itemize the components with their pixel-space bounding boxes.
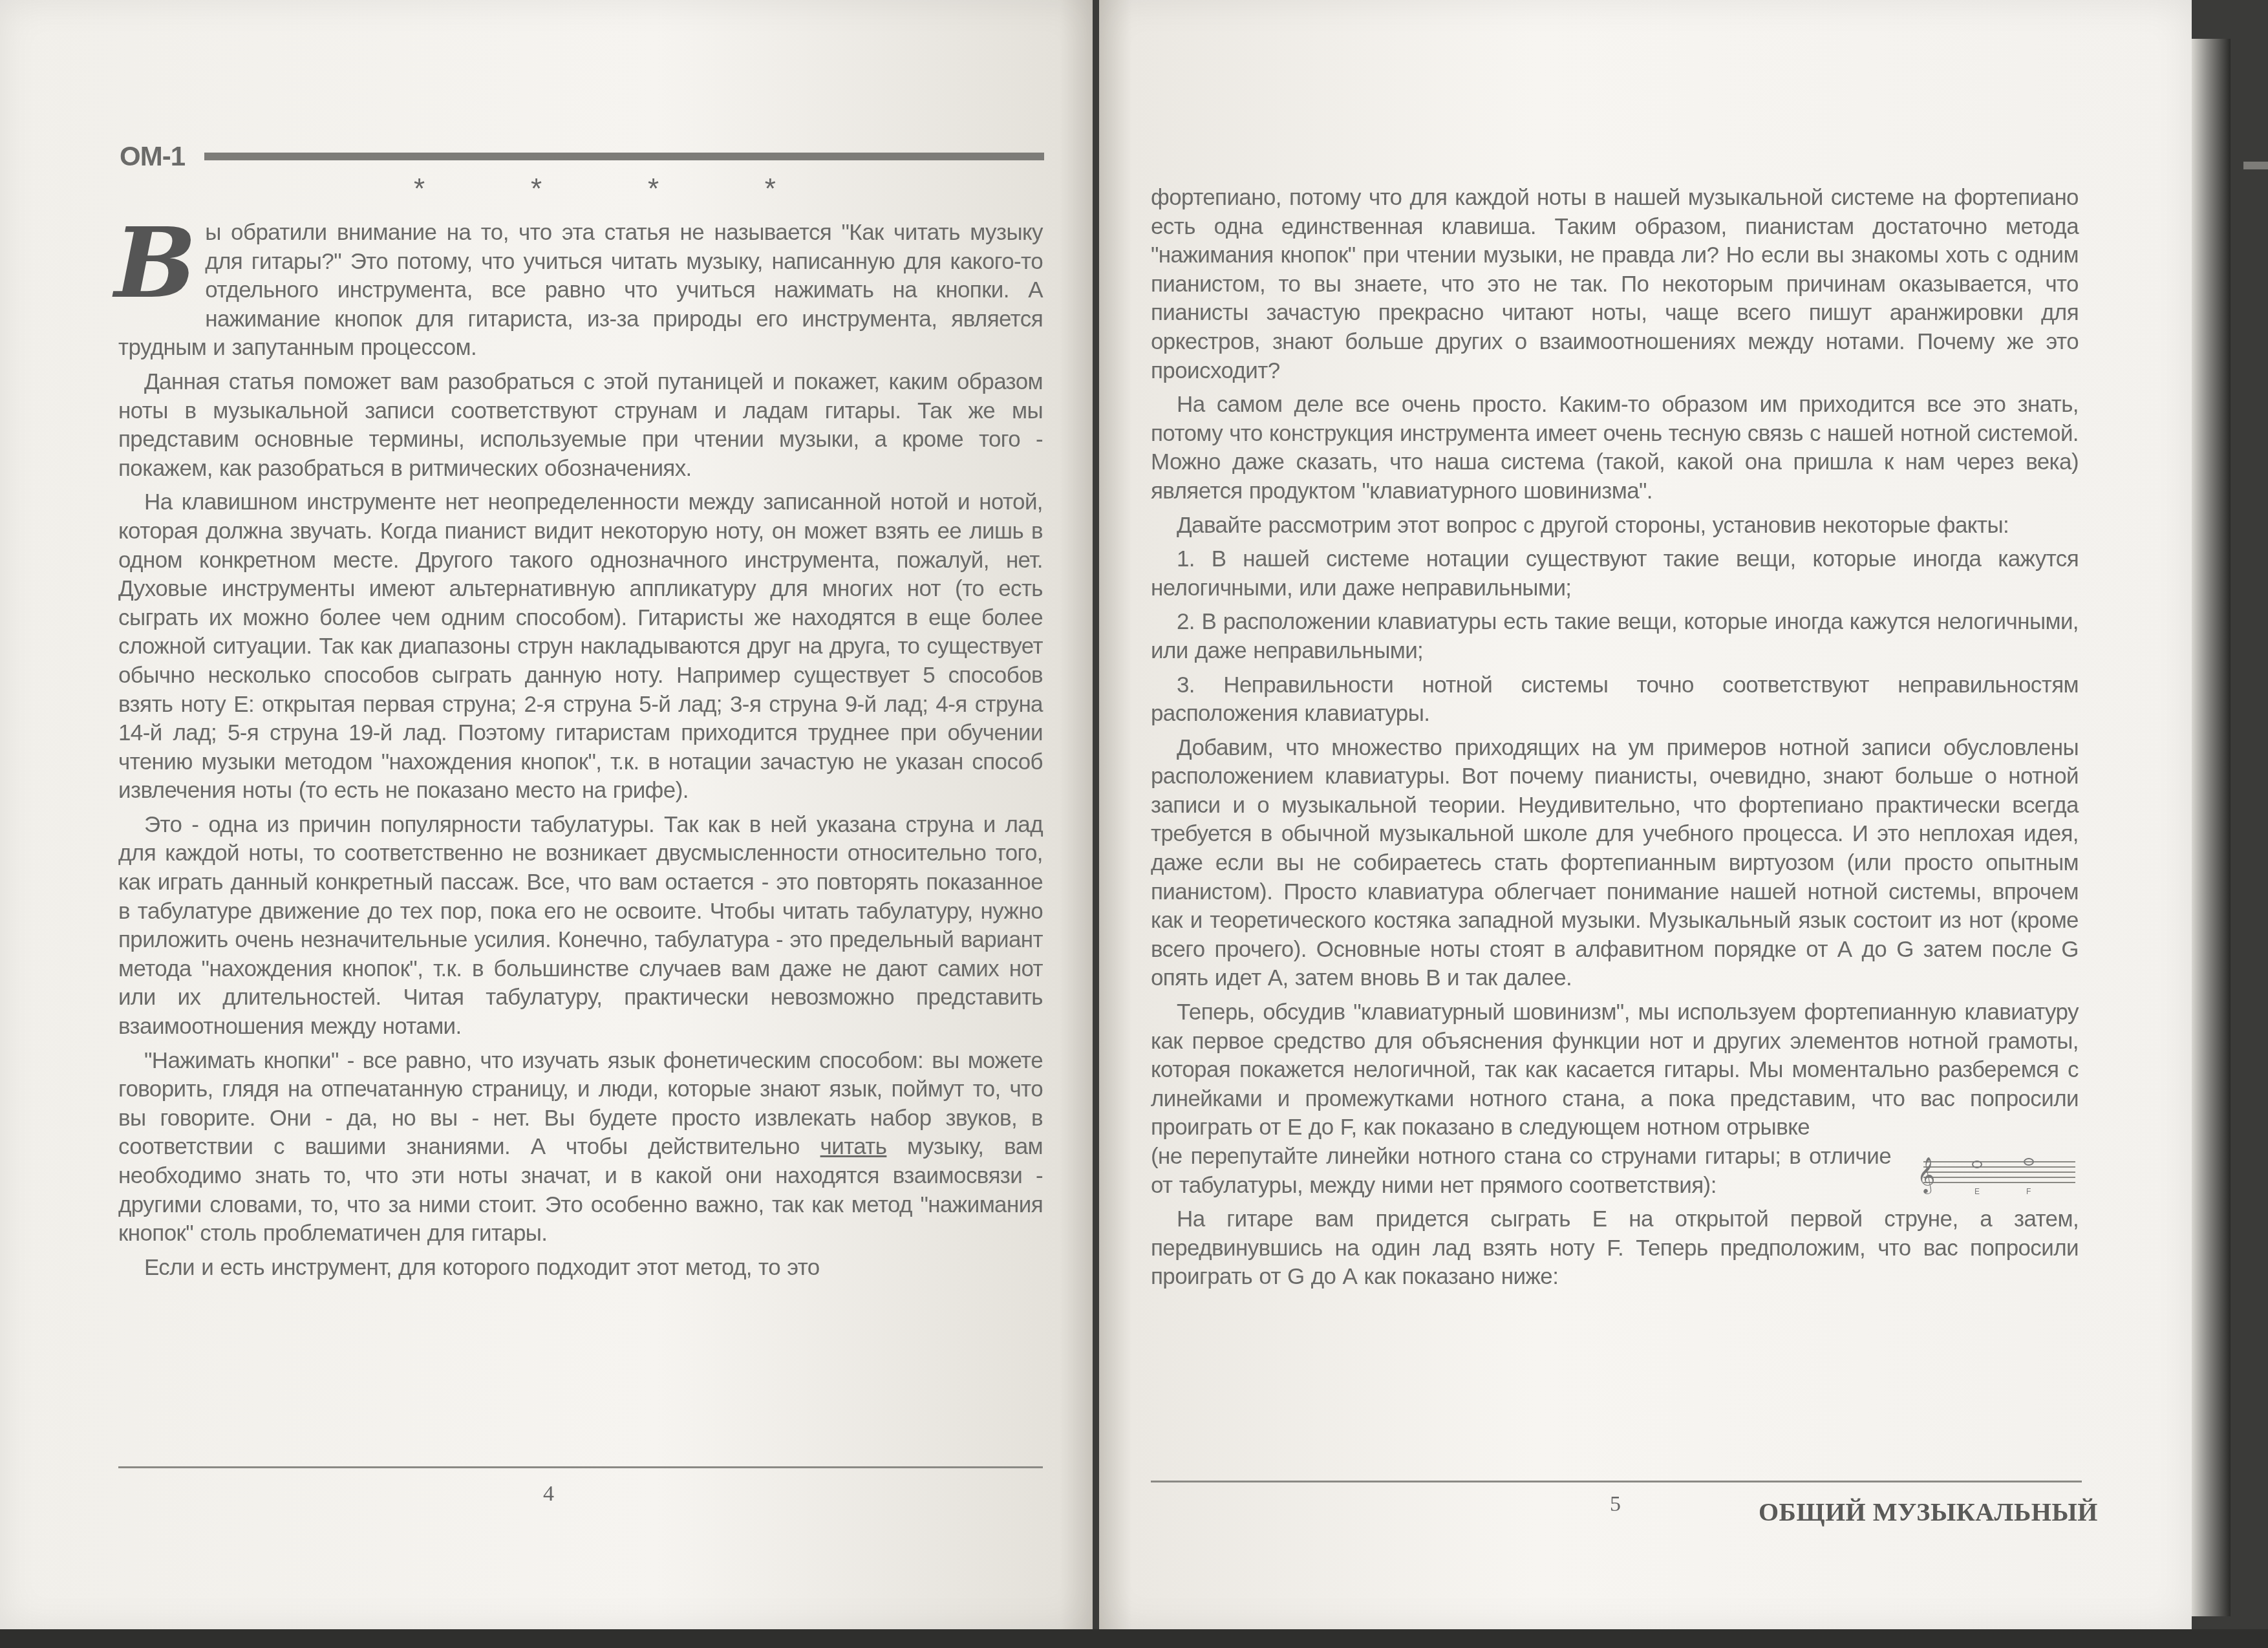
paragraph: Если и есть инструмент, для которого под… — [118, 1254, 1043, 1283]
right-header: ОМ-1 — [2243, 150, 2268, 181]
drop-cap: В — [114, 221, 196, 305]
note-label-f: F — [2026, 1187, 2031, 1196]
asterisk: * — [531, 173, 542, 206]
header-rule — [2243, 162, 2268, 169]
paragraph: Теперь, обсудив "клавиатурный шовинизм",… — [1151, 998, 2079, 1142]
paragraph: На самом деле все очень просто. Каким-то… — [1151, 391, 2079, 506]
left-header: ОМ-1 — [120, 141, 1044, 172]
music-staff-figure: 𝄞 E F — [1910, 1151, 2079, 1197]
page-number: 5 — [1610, 1492, 1621, 1517]
paragraph: фортепиано, потому что для каждой ноты в… — [1151, 184, 2079, 385]
list-item: 1. В нашей системе нотации существуют та… — [1151, 545, 2079, 603]
paragraph: (не перепутайте линейки нотного стана со… — [1151, 1142, 1891, 1200]
left-body-text: Вы обратили внимание на то, что эта стат… — [118, 219, 1043, 1287]
paragraph: Давайте рассмотрим этот вопрос с другой … — [1151, 511, 2079, 540]
paragraph: Это - одна из причин популярности табула… — [118, 811, 1043, 1042]
paragraph: "Нажимать кнопки" - все равно, что изуча… — [118, 1047, 1043, 1248]
asterisk: * — [648, 173, 659, 206]
page-number: 4 — [543, 1482, 554, 1506]
list-item: 3. Неправильности нотной системы точно с… — [1151, 671, 2079, 729]
paragraph: На гитаре вам придется сыграть Е на откр… — [1151, 1205, 2079, 1292]
header-label: ОМ-1 — [120, 141, 185, 172]
treble-clef-icon: 𝄞 — [1917, 1157, 1935, 1194]
underlined-word: читать — [820, 1134, 887, 1159]
header-rule — [204, 153, 1044, 160]
paragraph: Добавим, что множество приходящих на ум … — [1151, 734, 2079, 993]
footer-rule — [1151, 1481, 2082, 1482]
scan-border — [0, 1629, 2268, 1648]
paragraph: Данная статья поможет вам разобраться с … — [118, 368, 1043, 483]
staff-figure-row: (не перепутайте линейки нотного стана со… — [1151, 1142, 2079, 1205]
section-separator: * * * * — [414, 173, 776, 206]
asterisk: * — [765, 173, 776, 206]
page-edge — [2192, 39, 2231, 1616]
asterisk: * — [414, 173, 425, 206]
paragraph: Вы обратили внимание на то, что эта стат… — [118, 219, 1043, 363]
footer-title: ОБЩИЙ МУЗЫКАЛЬНЫЙ — [1759, 1497, 2098, 1527]
book-spread: ОМ-1 * * * * Вы обратили внимание на то,… — [0, 0, 2268, 1648]
left-page: ОМ-1 * * * * Вы обратили внимание на то,… — [0, 0, 1093, 1629]
paragraph: На клавишном инструменте нет неопределен… — [118, 488, 1043, 806]
footer-rule — [118, 1466, 1043, 1468]
note-label-e: E — [1974, 1187, 1980, 1196]
right-body-text: фортепиано, потому что для каждой ноты в… — [1151, 184, 2079, 1297]
list-item: 2. В расположении клавиатуры есть такие … — [1151, 608, 2079, 665]
